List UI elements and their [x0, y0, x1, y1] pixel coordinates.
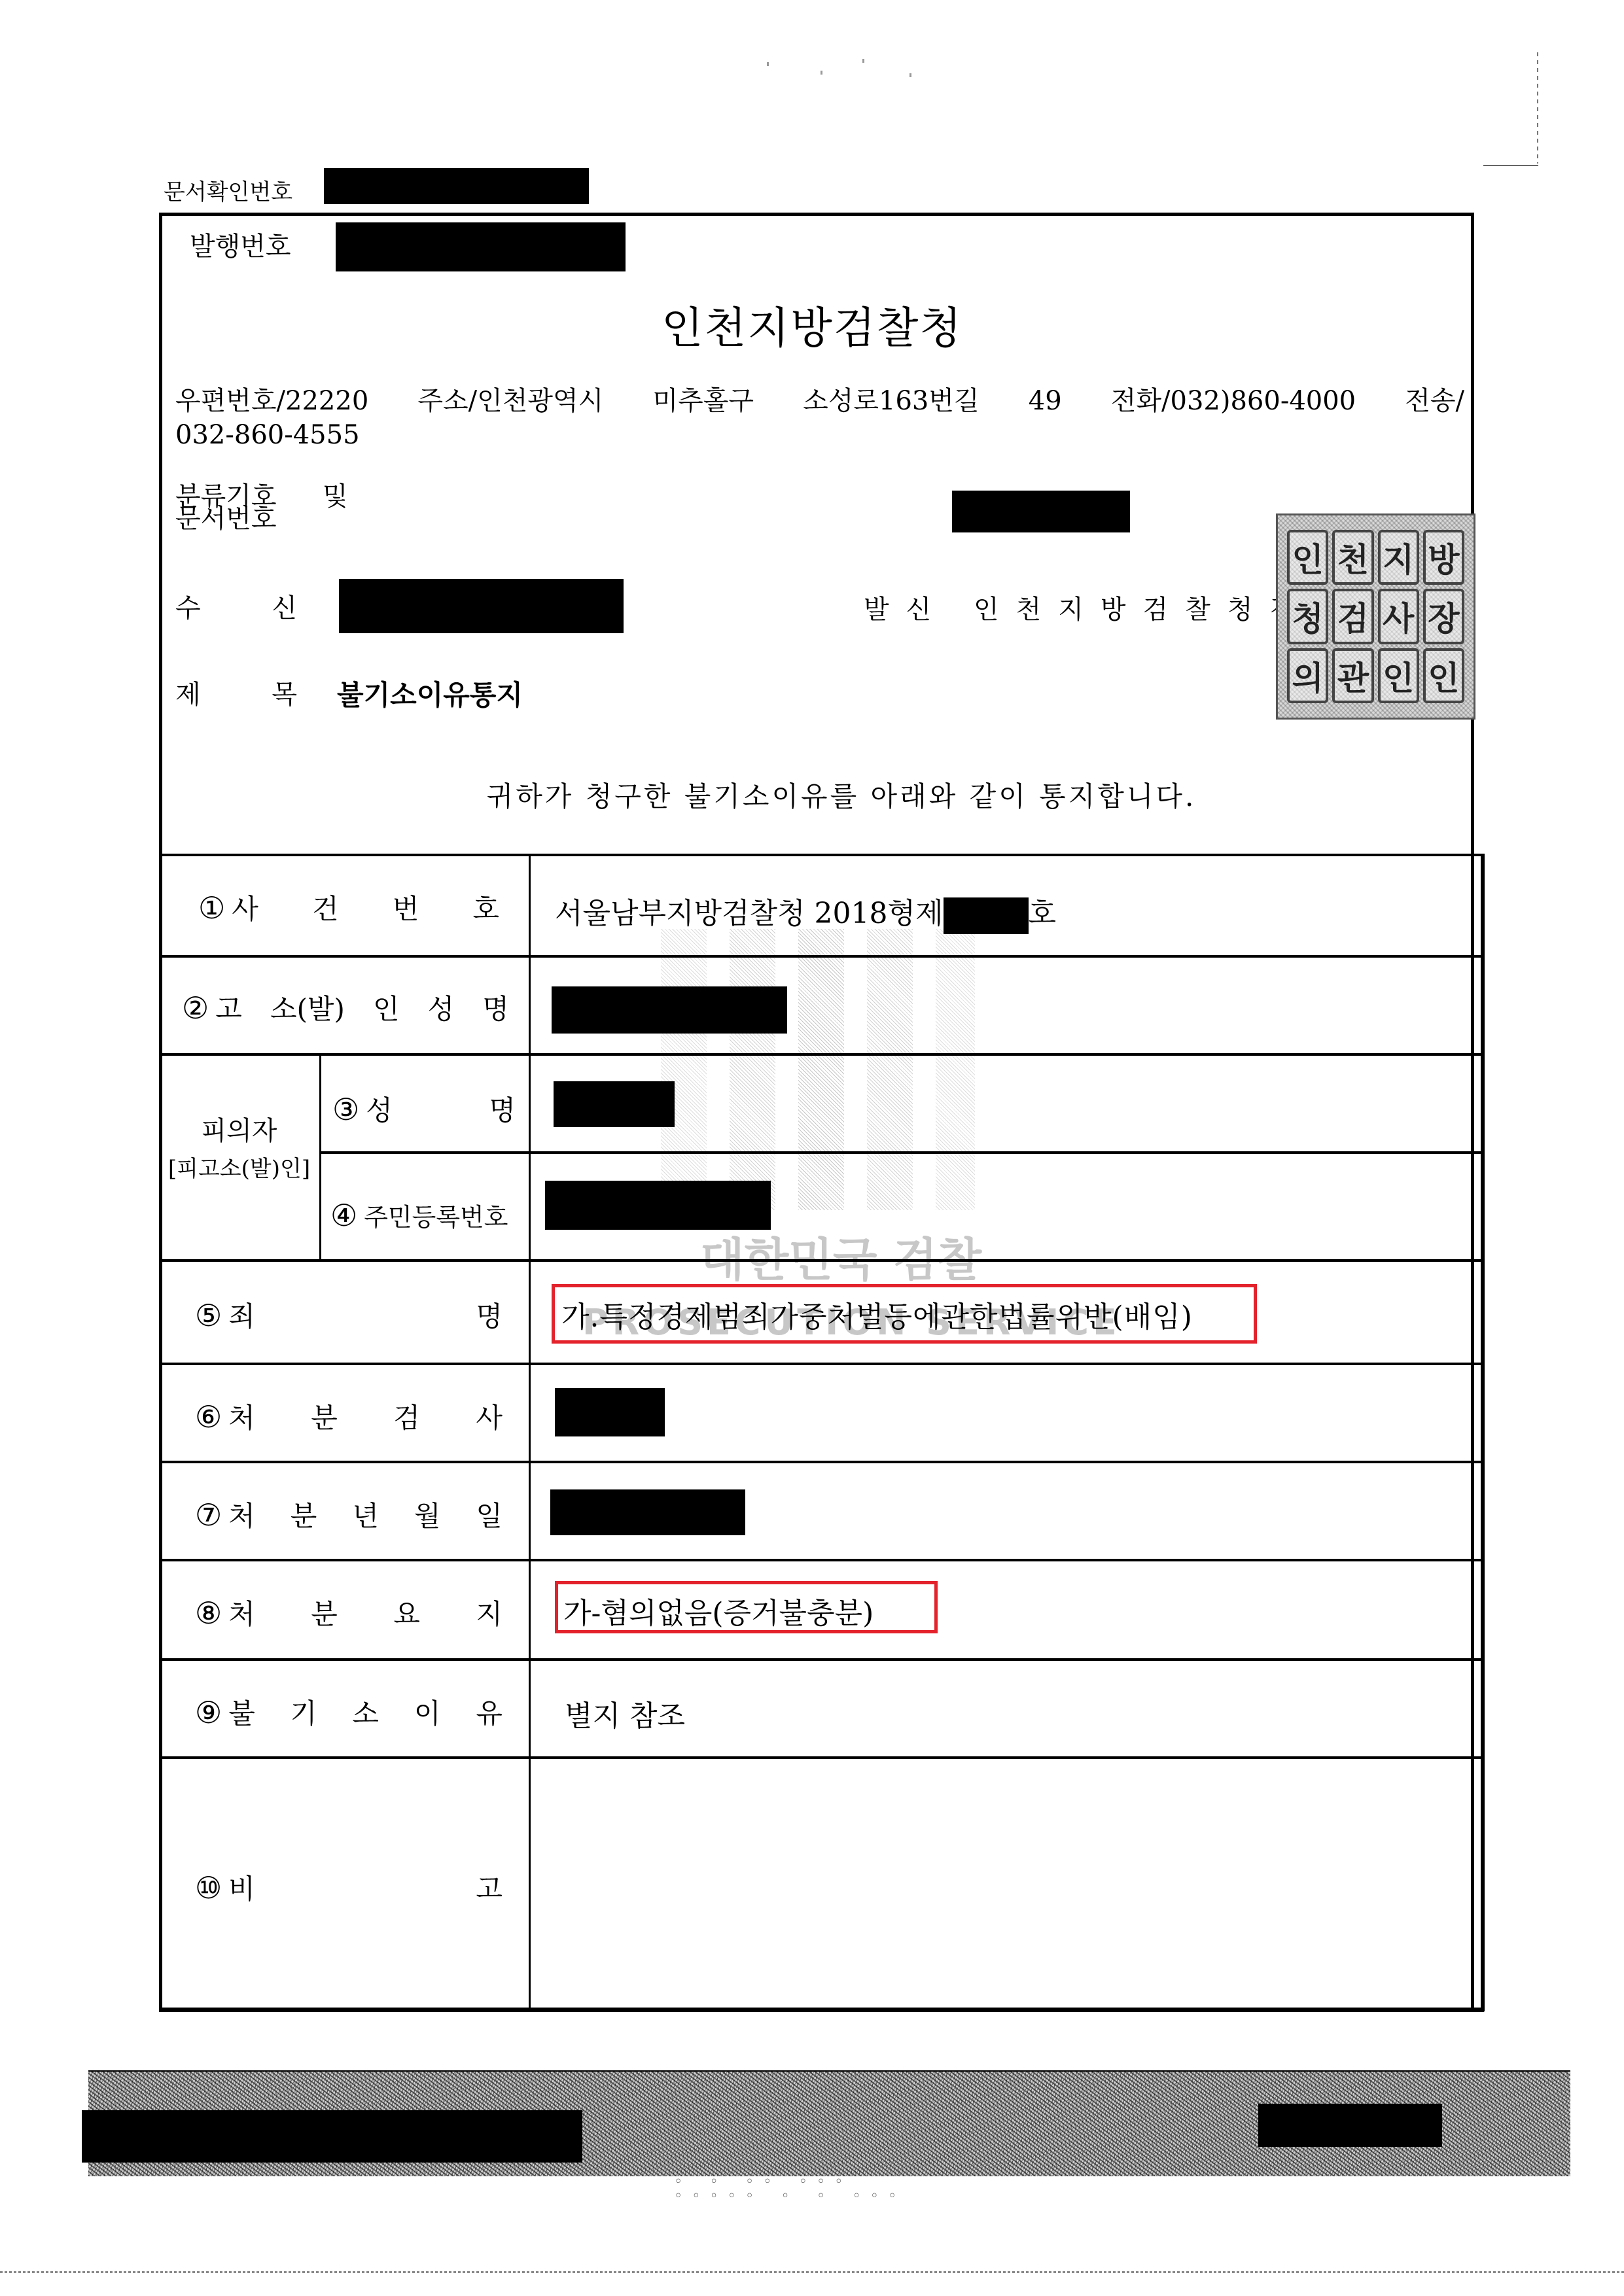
redacted-suspect-name [554, 1081, 675, 1127]
redacted-resident-number [545, 1181, 771, 1230]
agency-title: 인천지방검찰청 [0, 293, 1624, 355]
redacted-classification-number [952, 491, 1130, 532]
issue-number-label: 발행번호 [190, 226, 291, 263]
classification-label: 분류기호 문서번호 및 [175, 485, 277, 530]
scan-artifact [767, 62, 769, 66]
agency-fax: 032-860-4555 [175, 419, 360, 451]
seal-char: 검 [1332, 589, 1373, 644]
row-prosecutor-label: ⑥처 분검사 [195, 1397, 503, 1436]
row-remarks-label: ⑩비 고 [195, 1868, 503, 1907]
case-number-value: 서울남부지방검찰청 2018형제호 [555, 890, 1056, 934]
seal-char: 인 [1378, 648, 1419, 703]
non-prosecution-reason-value: 별지 참조 [565, 1692, 685, 1734]
seal-char: 의 [1287, 648, 1328, 703]
subject: 불기소이유통지 [337, 674, 523, 713]
seal-char: 관 [1332, 648, 1373, 703]
classification-and: 및 [323, 485, 348, 508]
classification-label-line2: 문서번호 [175, 508, 277, 530]
crop-mark [1483, 165, 1538, 166]
seal-char: 인 [1287, 530, 1328, 585]
non-prosecution-notice-table: ①사 건번호 서울남부지방검찰청 2018형제호 ②고 소(발)인성명 피의자 … [159, 854, 1484, 2011]
seal-char: 방 [1423, 530, 1464, 585]
redacted-issue-number [336, 222, 626, 271]
notice-sentence: 귀하가 청구한 불기소이유를 아래와 같이 통지합니다. [0, 775, 1624, 814]
crop-mark [1537, 52, 1538, 164]
seal-char: 장 [1423, 589, 1464, 644]
seal-char: 인 [1423, 648, 1464, 703]
redacted-footer-left [82, 2110, 582, 2163]
row-charge-label: ⑤죄 명 [195, 1295, 503, 1334]
disposition-summary-value: 가-혐의없음(증거불충분) [563, 1590, 874, 1631]
scan-artifact [821, 71, 822, 75]
redacted-receiver [339, 579, 624, 633]
official-seal-stamp: 인 천 지 방 청 검 사 장 의 관 인 인 [1276, 513, 1475, 720]
suspect-alt-label: [피고소(발)인] [159, 1150, 319, 1188]
suspect-label: 피의자 [159, 1112, 319, 1150]
row-disposition-summary-label: ⑧처 분요지 [195, 1593, 503, 1632]
redacted-doc-confirm-number [324, 168, 589, 204]
suspect-group-label: 피의자 [피고소(발)인] [159, 1112, 319, 1188]
subject-label: 제 목 [175, 674, 328, 711]
receiver-label: 수 신 [175, 587, 328, 625]
scan-artifact [909, 73, 911, 77]
agency-address: 우편번호/22220 주소/인천광역시 미추홀구 소성로163번길 49 전화/… [175, 385, 1464, 417]
row-suspect-name-label: ③성 명 [332, 1089, 516, 1128]
row-complainant-label: ②고 소(발)인성명 [182, 988, 509, 1027]
scan-bottom-edge [0, 2271, 1624, 2273]
row-resident-number-label: ④주민등록번호 [330, 1197, 527, 1233]
seal-char: 사 [1378, 589, 1419, 644]
scan-artifact [862, 59, 864, 63]
seal-char: 지 [1378, 530, 1419, 585]
redacted-complainant-name [552, 986, 787, 1034]
redacted-prosecutor-name [555, 1388, 665, 1436]
doc-confirm-number-label: 문서확인번호 [164, 174, 292, 206]
seal-char: 청 [1287, 589, 1328, 644]
redacted-case-number [944, 897, 1029, 934]
row-non-prosecution-reason-label: ⑨불 기소이유 [195, 1692, 503, 1731]
row-disposition-date-label: ⑦처 분년월일 [195, 1495, 503, 1534]
charge-value: 가.특정경제범죄가중처벌등에관한법률위반(배임) [561, 1293, 1193, 1335]
seal-char: 천 [1332, 530, 1373, 585]
redacted-footer-right [1258, 2104, 1442, 2147]
footer-dot-code: ◦ ◦ ◦◦ ◦◦◦◦◦◦◦◦ ◦ ◦ ◦◦◦ [674, 2175, 906, 2204]
row-case-number-label: ①사 건번호 [198, 888, 499, 927]
redacted-disposition-date [550, 1489, 745, 1535]
